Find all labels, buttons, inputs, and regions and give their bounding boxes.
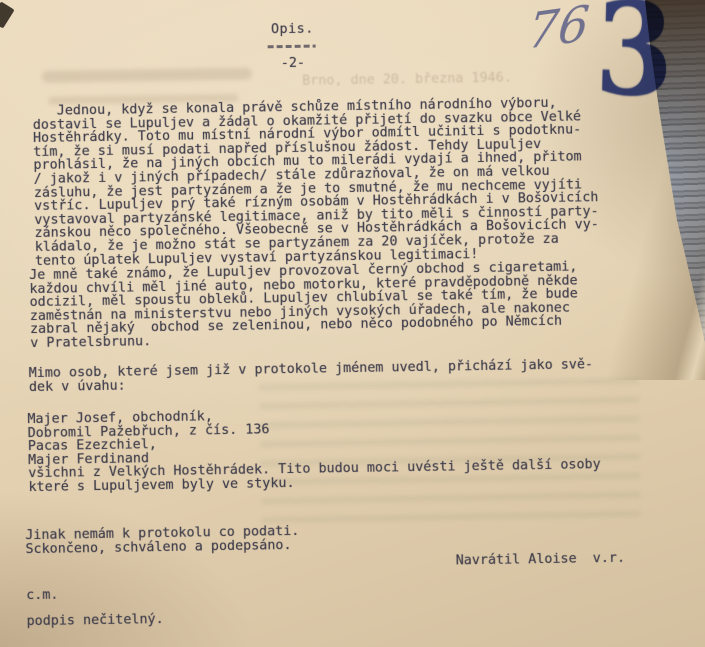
paragraph-witness-intro: Mimo osob, které jsem již v protokole jm…	[29, 358, 629, 395]
handwritten-page-number: 76	[525, 0, 592, 61]
signature-line: Navrátil Aloise v.r.	[456, 552, 626, 568]
scanned-document-page: Brno, dne 20. března 1946. Opis. -2- Jed…	[0, 0, 705, 647]
title-underline	[268, 45, 316, 49]
witness-list: Majer Josef, obchodník, Dobromil Pažebřu…	[27, 403, 648, 494]
page-number: -2-	[243, 56, 343, 71]
bleed-through-date-line: Brno, dne 20. března 1946.	[302, 71, 562, 89]
paragraph-black-market: Je mně také známo, že Lupuljev provozova…	[29, 260, 630, 351]
closing-statement: Jinak nemám k protokolu co podati. Sckon…	[25, 520, 625, 557]
paragraph-accusation: Jednou, když se konala právě schůze míst…	[33, 96, 635, 269]
blue-stamp-number: 3	[594, 0, 676, 115]
illegible-signature-note: podpis nečitelný.	[27, 613, 164, 629]
clerk-initials: c.m.	[26, 589, 58, 603]
bleed-through-line	[42, 68, 252, 83]
document-title: Opis.	[242, 22, 342, 37]
